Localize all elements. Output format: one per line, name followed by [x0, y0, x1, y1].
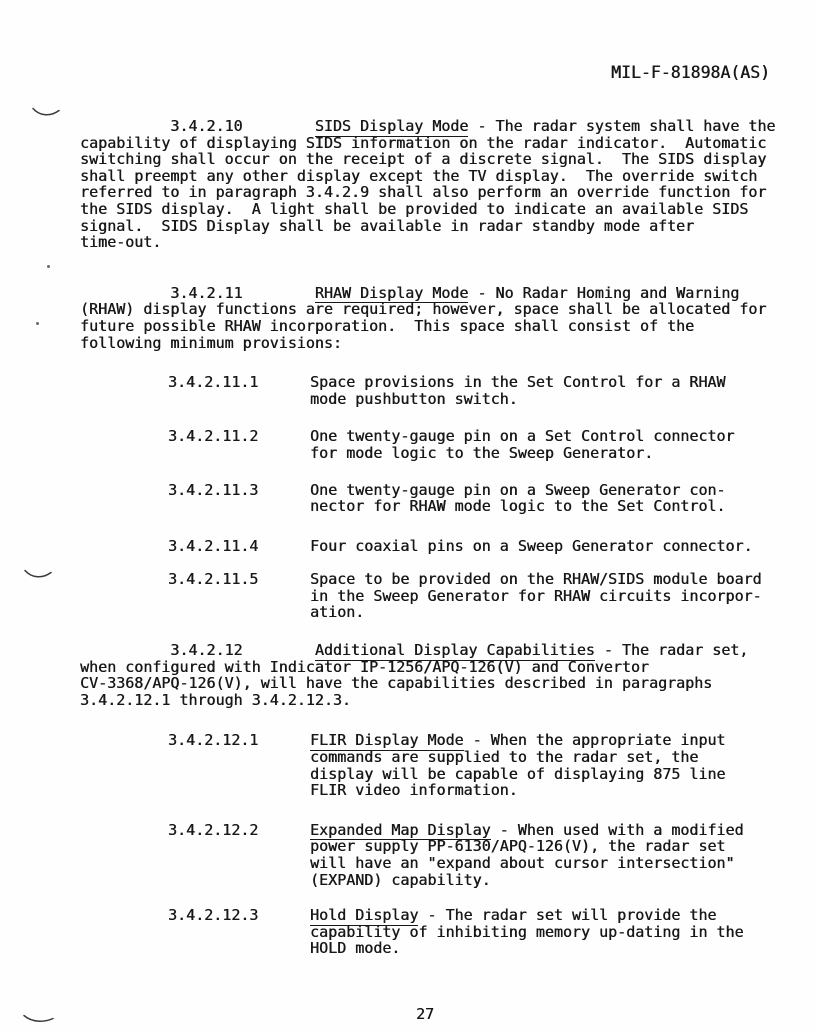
provision-text: Four coaxial pins on a Sweep Generator c… — [310, 538, 770, 555]
scan-speck — [47, 265, 50, 268]
handwritten-tick-icon — [22, 1012, 55, 1025]
provision-text: One twenty-gauge pin on a Set Control co… — [310, 428, 770, 461]
paragraph-3-4-2-10: 3.4.2.10 SIDS Display Mode - The radar s… — [80, 118, 770, 251]
capability-text: Expanded Map Display - When used with a … — [310, 822, 770, 888]
provision-text: One twenty-gauge pin on a Sweep Generato… — [310, 482, 770, 515]
provision-number: 3.4.2.11.4 — [168, 538, 310, 555]
capability-number: 3.4.2.12.2 — [168, 822, 310, 888]
capability-item: 3.4.2.12.1 FLIR Display Mode - When the … — [168, 732, 770, 798]
document-page: MIL-F-81898A(AS) 3.4.2.10 SIDS Display M… — [0, 0, 815, 1033]
capability-number: 3.4.2.12.1 — [168, 732, 310, 798]
page-number: 27 — [80, 1006, 770, 1023]
paragraph-3-4-2-11: 3.4.2.11 RHAW Display Mode - No Radar Ho… — [80, 285, 770, 351]
provision-text: Space to be provided on the RHAW/SIDS mo… — [310, 571, 770, 621]
provision-item: 3.4.2.11.4 Four coaxial pins on a Sweep … — [168, 538, 770, 555]
provision-number: 3.4.2.11.5 — [168, 571, 310, 621]
document-number: MIL-F-81898A(AS) — [80, 64, 770, 81]
capability-number: 3.4.2.12.3 — [168, 907, 310, 957]
capability-text: FLIR Display Mode - When the appropriate… — [310, 732, 770, 798]
paragraph-number: 3.4.2.11 — [80, 284, 315, 302]
capability-text: Hold Display - The radar set will provid… — [310, 907, 770, 957]
provision-item: 3.4.2.11.5 Space to be provided on the R… — [168, 571, 770, 621]
scan-speck — [36, 322, 39, 325]
paragraph-number: 3.4.2.12 — [80, 641, 315, 659]
provision-number: 3.4.2.11.2 — [168, 428, 310, 461]
handwritten-tick-icon — [31, 104, 61, 119]
provision-item: 3.4.2.11.2 One twenty-gauge pin on a Set… — [168, 428, 770, 461]
provision-number: 3.4.2.11.1 — [168, 374, 310, 407]
capability-item: 3.4.2.12.3 Hold Display - The radar set … — [168, 907, 770, 957]
handwritten-tick-icon — [23, 566, 53, 581]
provision-number: 3.4.2.11.3 — [168, 482, 310, 515]
provision-text: Space provisions in the Set Control for … — [310, 374, 770, 407]
provision-item: 3.4.2.11.1 Space provisions in the Set C… — [168, 374, 770, 407]
paragraph-3-4-2-12: 3.4.2.12 Additional Display Capabilities… — [80, 642, 770, 708]
paragraph-number: 3.4.2.10 — [80, 117, 315, 135]
capability-item: 3.4.2.12.2 Expanded Map Display - When u… — [168, 822, 770, 888]
provision-item: 3.4.2.11.3 One twenty-gauge pin on a Swe… — [168, 482, 770, 515]
paragraph-body: - The radar system shall have the capabi… — [80, 117, 775, 251]
